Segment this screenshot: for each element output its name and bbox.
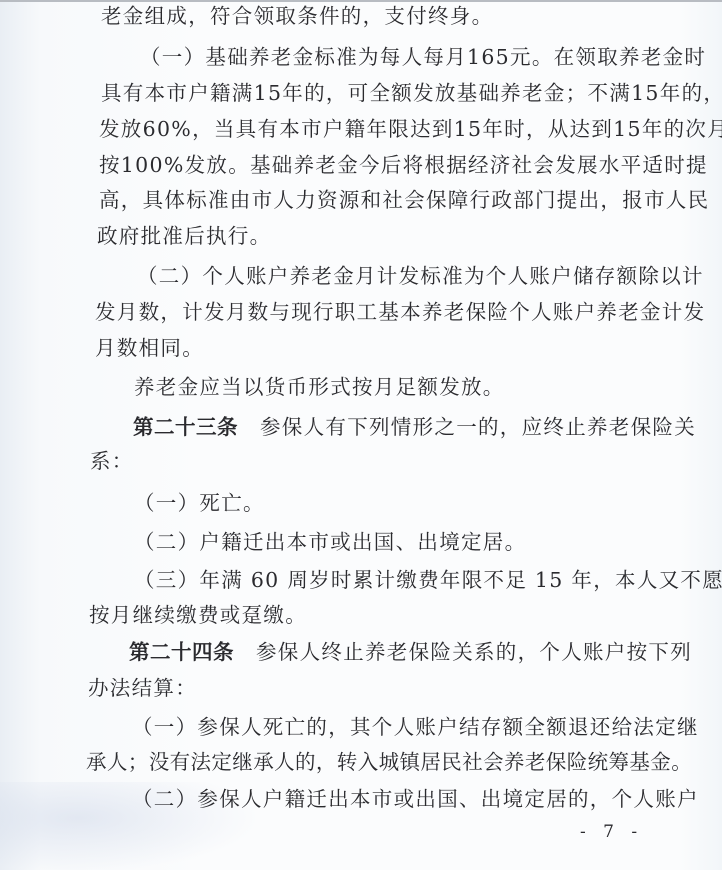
- text-line: 承人；没有法定继承人的，转入城镇居民社会养老保险统筹基金。: [86, 752, 692, 773]
- article-24-line: 第二十四条参保人终止养老保险关系的，个人账户按下列: [129, 642, 692, 663]
- text-line: 发放60%，当具有本市户籍年限达到15年时，从达到15年的次月起: [99, 119, 722, 140]
- text-line: 养老金应当以货币形式按月足额发放。: [134, 377, 505, 398]
- text-line: （二）户籍迁出本市或出国、出境定居。: [134, 532, 526, 553]
- text-line: 政府批准后执行。: [97, 226, 271, 247]
- text-line: （一）死亡。: [134, 493, 265, 514]
- text-line: 发月数，计发月数与现行职工基本养老保险个人账户养老金计发: [95, 302, 705, 323]
- text-line: （三）年满 60 周岁时累计缴费年限不足 15 年，本人又不愿: [134, 570, 722, 591]
- text-line: 办法结算：: [88, 678, 197, 699]
- text-line: 月数相同。: [95, 338, 204, 359]
- text-line: 系：: [90, 451, 134, 472]
- text-line: （一）基础养老金标准为每人每月165元。在领取养老金时: [140, 47, 706, 68]
- text-line: 高，具体标准由市人力资源和社会保障行政部门提出，报市人民: [99, 190, 709, 211]
- page-number: - 7 -: [580, 822, 643, 842]
- article-23-line: 第二十三条参保人有下列情形之一的，应终止养老保险关: [133, 417, 696, 438]
- text-line: （一）参保人死亡的，其个人账户结存额全额退还给法定继: [132, 717, 699, 738]
- text-line: 按100%发放。基础养老金今后将根据经济社会发展水平适时提: [99, 155, 708, 176]
- text-line: 老金组成，符合领取条件的，支付终身。: [101, 6, 493, 27]
- text-line: 按月继续缴费或趸缴。: [89, 605, 307, 626]
- article-text: 参保人终止养老保险关系的，个人账户按下列: [256, 640, 692, 664]
- article-text: 参保人有下列情形之一的，应终止养老保险关: [260, 415, 696, 439]
- text-line: （二）个人账户养老金月计发标准为个人账户储存额除以计: [137, 266, 704, 287]
- article-heading: 第二十三条: [133, 415, 238, 439]
- text-line: （二）参保人户籍迁出本市或出国、出境定居的，个人账户: [132, 789, 699, 810]
- article-heading: 第二十四条: [129, 640, 234, 664]
- text-line: 具有本市户籍满15年的，可全额发放基础养老金；不满15年的，: [101, 83, 722, 104]
